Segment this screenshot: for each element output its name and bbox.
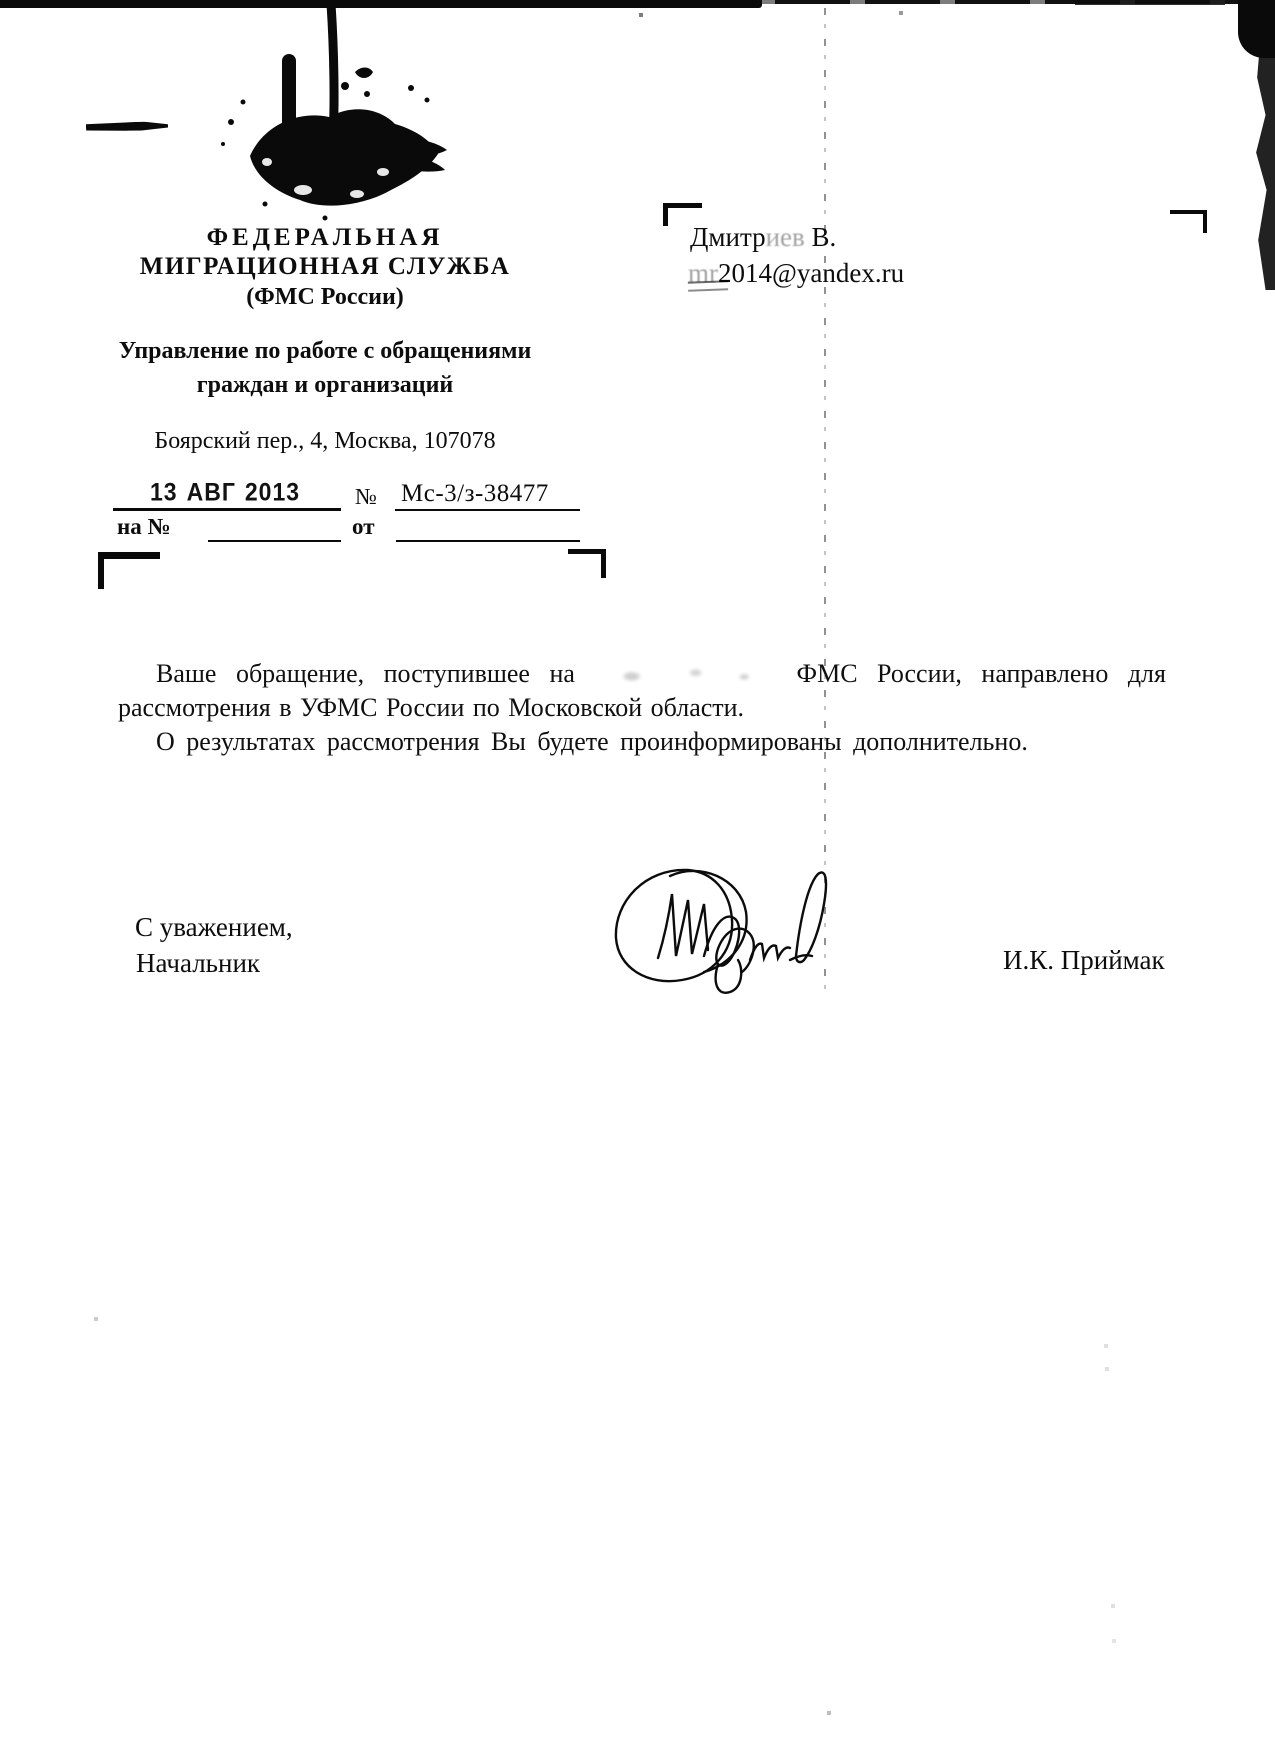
org-name-line1: ФЕДЕРАЛЬНАЯ (110, 224, 540, 252)
org-address: Боярский пер., 4, Москва, 107078 (110, 428, 540, 455)
handwritten-signature (600, 860, 845, 1000)
in-reply-date-label: от (352, 514, 375, 540)
body-paragraph-line1: Ваше обращение, поступившее на ФМС Росси… (156, 657, 1166, 690)
recipient-name-initial: В. (805, 222, 837, 252)
body-line1-end: ФМС России, направлено для (797, 657, 1166, 690)
recipient-name: Дмитриев В. (690, 222, 836, 253)
in-reply-to-label: на № (117, 514, 171, 540)
paper-fold-line (824, 8, 826, 998)
scan-edge-bar-segment (1075, 0, 1225, 5)
recipient-email-clear: 2014@yandex.ru (718, 258, 904, 288)
in-reply-underline (208, 540, 341, 542)
body-paragraph-line2: рассмотрения в УФМС России по Московской… (118, 691, 744, 724)
signer-job-title: Начальник (136, 948, 260, 979)
org-name-short: (ФМС России) (110, 284, 540, 311)
date-stamp-month: АВГ (187, 478, 236, 506)
email-strike-mark (688, 280, 728, 291)
date-stamp: 13АВГ2013 (150, 478, 300, 507)
department-line2: граждан и организаций (110, 372, 540, 399)
illegible-faded-word (589, 662, 783, 686)
address-zone-corner-right (568, 549, 606, 578)
signer-name: И.К. Приймак (1003, 945, 1165, 976)
outgoing-number-label: № (355, 484, 377, 510)
double-headed-eagle-emblem-icon (205, 4, 455, 226)
number-underline (395, 509, 580, 511)
date-stamp-day: 13 (150, 478, 178, 506)
date-stamp-year: 2013 (245, 478, 300, 506)
body-paragraph-line3: О результатах рассмотрения Вы будете про… (156, 725, 1028, 758)
address-zone-corner-left (98, 552, 160, 589)
scan-left-dash-mark (86, 121, 168, 132)
department-line1: Управление по работе с обращениями (110, 338, 540, 365)
date-underline (113, 508, 341, 511)
scan-speckles (0, 0, 2, 2)
in-reply-date-underline (396, 540, 580, 542)
scan-right-edge-noise (1254, 40, 1275, 290)
recipient-name-faded: иев (766, 222, 805, 252)
outgoing-number-value: Мс-3/з-38477 (401, 480, 549, 508)
body-line1-start: Ваше обращение, поступившее на (156, 657, 575, 690)
closing-salutation: С уважением, (135, 912, 293, 943)
org-name-line2: МИГРАЦИОННАЯ СЛУЖБА (110, 253, 540, 281)
scanned-letter-page: ФЕДЕРАЛЬНАЯ МИГРАЦИОННАЯ СЛУЖБА (ФМС Рос… (0, 0, 1275, 1753)
recipient-name-clear: Дмитр (690, 222, 766, 252)
recipient-zone-corner-right (1170, 210, 1207, 233)
